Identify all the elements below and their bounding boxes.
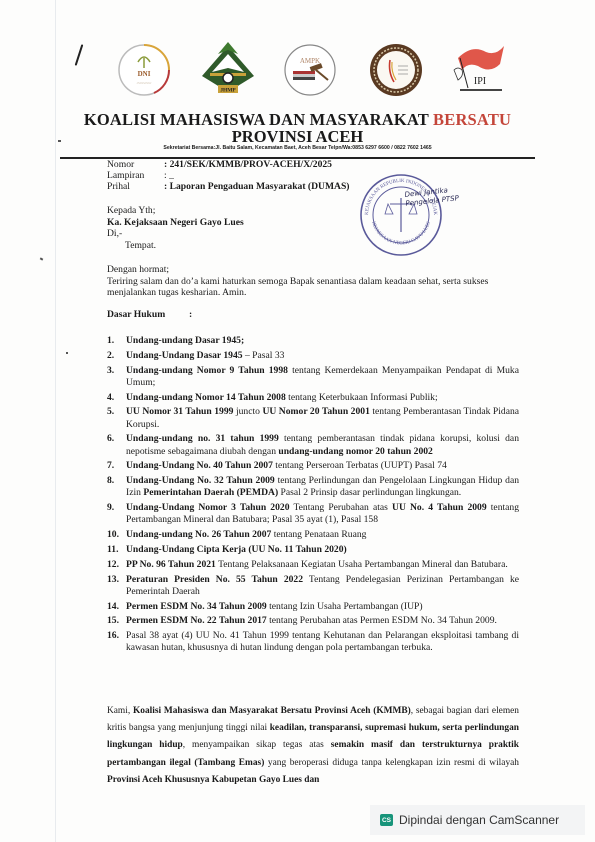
item-number: 2. (107, 350, 114, 362)
letter-meta: Nomor : 241/SEK/KMMB/PROV-ACEH/X/2025 La… (107, 159, 350, 192)
dni-logo-icon: DNI ~~~~~~~~~ (114, 40, 174, 100)
jhmp-logo-icon: JHMP (198, 40, 258, 100)
law-description: tentang Perseroan Terbatas (UUPT) Pasal … (273, 460, 447, 471)
item-number: 4. (107, 392, 114, 404)
legal-basis-item: 16.Pasal 38 ayat (4) UU No. 41 Tahun 199… (107, 630, 519, 654)
legal-basis-item: 12.PP No. 96 Tahun 2021 Tentang Pelaksan… (107, 559, 519, 571)
greeting-block: Dengan hormat; Teriring salam dan do’a k… (107, 264, 517, 299)
ampk-logo-icon: AMPK (280, 40, 340, 100)
pen-mark (75, 44, 84, 66)
item-number: 6. (107, 433, 114, 445)
meta-label: Nomor (107, 159, 164, 170)
law-title: UU Nomor 20 Tahun 2001 (262, 406, 369, 417)
law-title: PP No. 96 Tahun 2021 (126, 559, 216, 570)
law-title: UU No. 4 Tahun 2009 (392, 502, 487, 513)
law-description: tentang Keterbukaan Informasi Publik; (286, 392, 438, 403)
camscanner-watermark: CS Dipindai dengan CamScanner (370, 805, 585, 835)
law-title: Undang-undang Nomor 14 Tahun 2008 (126, 392, 286, 403)
emphasis-text: Koalisi Mahasiswa dan Masyarakat Bersatu… (133, 706, 411, 716)
law-title: Peraturan Presiden No. 55 Tahun 2022 (126, 574, 303, 585)
meta-value: : 241/SEK/KMMB/PROV-ACEH/X/2025 (164, 159, 332, 170)
legal-basis-item: 6.Undang-undang no. 31 tahun 1999 tentan… (107, 433, 519, 457)
legal-basis-item: 4.Undang-undang Nomor 14 Tahun 2008 tent… (107, 392, 519, 404)
law-description: tentang Perubahan atas Permen ESDM No. 3… (267, 615, 497, 626)
item-number: 11. (107, 544, 118, 556)
letterhead-logos: DNI ~~~~~~~~~ JHMP AMPK (110, 40, 510, 100)
recipient-block: Kepada Yth; Ka. Kejaksaan Negeri Gayo Lu… (107, 205, 517, 251)
recipient-tempat: Tempat. (107, 240, 517, 252)
law-title: Undang-undang Nomor 9 Tahun 1998 (126, 365, 288, 376)
legal-basis-item: 2.Undang-Undang Dasar 1945 – Pasal 33 (107, 350, 519, 362)
item-number: 8. (107, 475, 114, 487)
legal-basis-list: 1.Undang-undang Dasar 1945;2.Undang-Unda… (107, 335, 519, 657)
legal-basis-item: 1.Undang-undang Dasar 1945; (107, 335, 519, 347)
recipient-di: Di,- (107, 228, 517, 240)
legal-basis-item: 15.Permen ESDM No. 22 Tahun 2017 tentang… (107, 615, 519, 627)
body-text: , menyampaikan sikap tegas atas (183, 740, 331, 750)
item-number: 14. (107, 601, 119, 613)
item-number: 10. (107, 529, 119, 541)
meta-value: : _ (164, 170, 174, 181)
legal-basis-item: 7.Undang-Undang No. 40 Tahun 2007 tentan… (107, 460, 519, 472)
law-description: tentang Penataan Ruang (271, 529, 366, 540)
scan-speck (40, 257, 44, 260)
item-number: 5. (107, 406, 114, 418)
law-description: Pasal 2 Prinsip dasar perlindungan lingk… (278, 487, 461, 498)
law-title: Undang-Undang No. 40 Tahun 2007 (126, 460, 273, 471)
legal-basis-item: 13.Peraturan Presiden No. 55 Tahun 2022 … (107, 574, 519, 598)
law-title: Undang-Undang Nomor 3 Tahun 2020 (126, 502, 290, 513)
legal-basis-item: 10.Undang-undang No. 26 Tahun 2007 tenta… (107, 529, 519, 541)
dasar-hukum-heading: Dasar Hukum : (107, 309, 517, 321)
item-number: 3. (107, 365, 114, 377)
item-number: 12. (107, 559, 119, 571)
emphasis-text: Provinsi Aceh Khususnya Kabupetan Gayo L… (107, 775, 319, 785)
law-title: Pemerintahan Daerah (PEMDA) (143, 487, 278, 498)
scanned-letter-page: DNI ~~~~~~~~~ JHMP AMPK (0, 0, 595, 842)
legal-basis-item: 9.Undang-Undang Nomor 3 Tahun 2020 Tenta… (107, 502, 519, 526)
law-title: Permen ESDM No. 34 Tahun 2009 (126, 601, 267, 612)
item-number: 13. (107, 574, 119, 586)
recipient-name: Ka. Kejaksaan Negeri Gayo Lues (107, 217, 517, 229)
law-title: Undang-undang Dasar 1945; (126, 335, 244, 346)
dasar-hukum-colon: : (189, 309, 192, 321)
meta-lampiran: Lampiran : _ (107, 170, 350, 181)
law-title: Undang-Undang No. 32 Tahun 2009 (126, 475, 275, 486)
letterhead-subtitle: PROVINSI ACEH (0, 127, 595, 147)
scan-speck (66, 352, 68, 354)
circle-emblem-logo-icon (366, 40, 426, 100)
svg-text:DNI: DNI (138, 70, 151, 78)
recipient-kepada: Kepada Yth; (107, 205, 517, 217)
meta-prihal: Prihal : Laporan Pengaduan Masyarakat (D… (107, 181, 350, 192)
svg-text:AMPK: AMPK (300, 57, 320, 65)
law-title: Undang-Undang Cipta Kerja (UU No. 11 Tah… (126, 544, 347, 555)
svg-text:IPI: IPI (474, 76, 486, 87)
law-description: – Pasal 33 (243, 350, 285, 361)
law-description: tentang Izin Usaha Pertambangan (IUP) (267, 601, 423, 612)
greeting-salutation: Dengan hormat; (107, 264, 517, 276)
legal-basis-item: 8.Undang-Undang No. 32 Tahun 2009 tentan… (107, 475, 519, 499)
svg-text:~~~~~~~~~: ~~~~~~~~~ (137, 81, 152, 85)
law-description: Tentang Perubahan atas (290, 502, 393, 513)
dasar-hukum-label: Dasar Hukum (107, 309, 165, 320)
svg-text:JHMP: JHMP (220, 88, 236, 94)
item-number: 9. (107, 502, 114, 514)
legal-basis-item: 3.Undang-undang Nomor 9 Tahun 1998 tenta… (107, 365, 519, 389)
law-title: Undang-undang No. 26 Tahun 2007 (126, 529, 271, 540)
body-text: yang beroperasi diduga tanpa kelengkapan… (264, 758, 519, 768)
meta-value: : Laporan Pengaduan Masyarakat (DUMAS) (164, 181, 350, 192)
legal-basis-item: 11.Undang-Undang Cipta Kerja (UU No. 11 … (107, 544, 519, 556)
legal-basis-item: 14.Permen ESDM No. 34 Tahun 2009 tentang… (107, 601, 519, 613)
item-number: 1. (107, 335, 114, 347)
item-number: 15. (107, 615, 119, 627)
camscanner-label: Dipindai dengan CamScanner (399, 813, 559, 827)
law-title: Undang-Undang Dasar 1945 (126, 350, 243, 361)
legal-basis-item: 5.UU Nomor 31 Tahun 1999 juncto UU Nomor… (107, 406, 519, 430)
closing-paragraph: Kami, Koalisi Mahasiswa dan Masyarakat B… (107, 703, 519, 789)
item-number: 7. (107, 460, 114, 472)
meta-label: Lampiran (107, 170, 164, 181)
letterhead-address: Sekretariat Bersama:Jl. Baitu Salam, Kec… (0, 145, 595, 151)
ipi-logo-icon: IPI (446, 40, 512, 100)
body-text: Kami, (107, 706, 133, 716)
law-title: undang-undang nomor 20 tahun 2002 (278, 446, 432, 457)
camscanner-icon: CS (380, 814, 393, 826)
law-description: juncto (233, 406, 262, 417)
law-description: Pasal 38 ayat (4) UU No. 41 Tahun 1999 t… (126, 630, 519, 653)
law-title: UU Nomor 31 Tahun 1999 (126, 406, 233, 417)
item-number: 16. (107, 630, 119, 642)
greeting-body: Teriring salam dan do’a kami haturkan se… (107, 276, 517, 299)
law-title: Permen ESDM No. 22 Tahun 2017 (126, 615, 267, 626)
meta-label: Prihal (107, 181, 164, 192)
meta-nomor: Nomor : 241/SEK/KMMB/PROV-ACEH/X/2025 (107, 159, 350, 170)
law-description: Tentang Pelaksanaan Kegiatan Usaha Perta… (216, 559, 508, 570)
law-title: Undang-undang no. 31 tahun 1999 (126, 433, 279, 444)
